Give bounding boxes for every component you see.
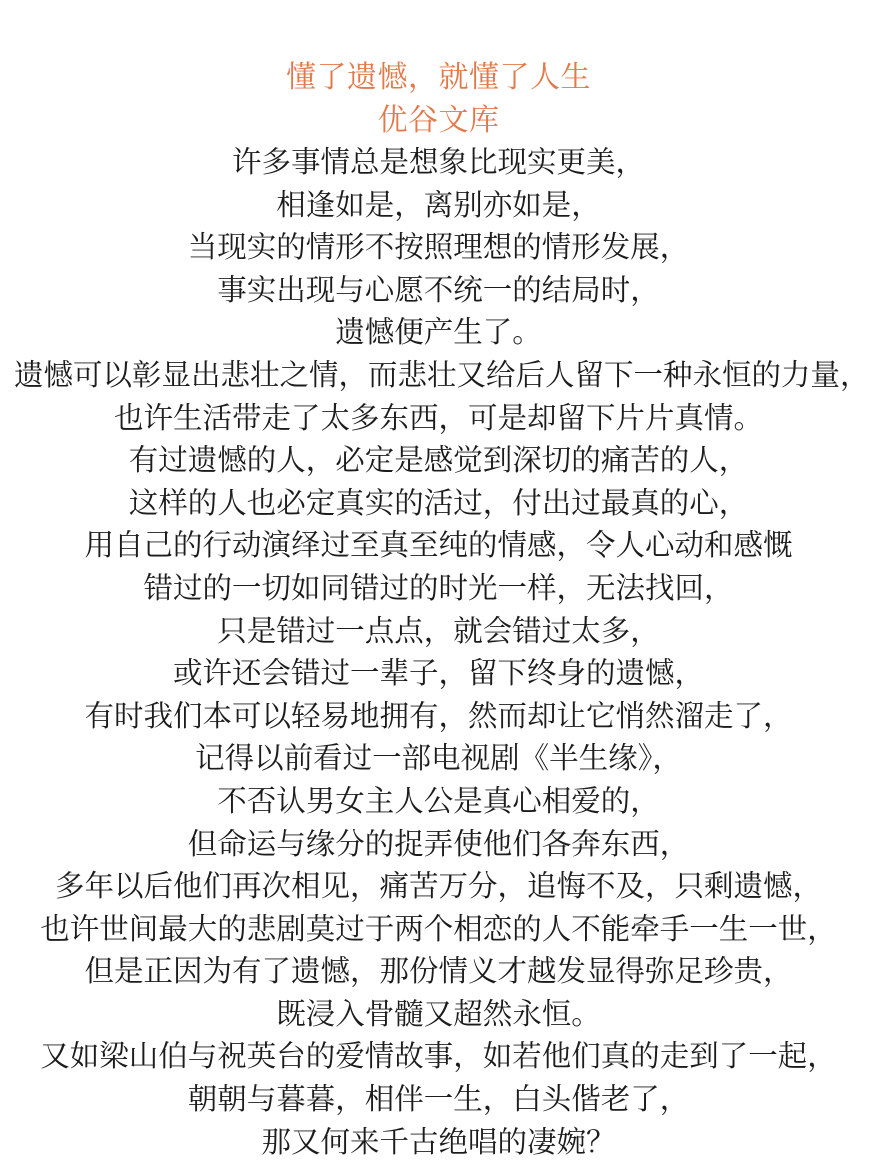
text-line: 也许生活带走了太多东西，可是却留下片片真情。	[14, 398, 863, 441]
text-line: 有过遗憾的人，必定是感觉到深切的痛苦的人，	[14, 440, 863, 483]
document-page: 懂了遗憾，就懂了人生 优谷文库 许多事情总是想象比现实更美，相逢如是，离别亦如是…	[0, 0, 877, 1167]
text-line: 遗憾可以彰显出悲壮之情，而悲壮又给后人留下一种永恒的力量，	[14, 355, 863, 398]
text-line: 但命运与缘分的捉弄使他们各奔东西，	[14, 824, 863, 867]
text-line: 遗憾便产生了。	[14, 312, 863, 355]
text-line: 但是正因为有了遗憾，那份情义才越发显得弥足珍贵，	[14, 951, 863, 994]
page-title: 懂了遗憾，就懂了人生	[14, 57, 863, 100]
text-line: 许多事情总是想象比现实更美，	[14, 142, 863, 185]
page-subtitle: 优谷文库	[14, 100, 863, 143]
text-line: 用自己的行动演绎过至真至纯的情感，令人心动和感慨	[14, 525, 863, 568]
text-line: 当现实的情形不按照理想的情形发展，	[14, 227, 863, 270]
text-line: 不否认男女主人公是真心相爱的，	[14, 781, 863, 824]
text-line: 相逢如是，离别亦如是，	[14, 185, 863, 228]
text-line: 多年以后他们再次相见，痛苦万分，追悔不及，只剩遗憾，	[14, 866, 863, 909]
text-line: 这样的人也必定真实的活过，付出过最真的心，	[14, 483, 863, 526]
text-line: 只是错过一点点，就会错过太多，	[14, 611, 863, 654]
text-line: 那又何来千古绝唱的凄婉？	[14, 1122, 863, 1165]
body-text: 许多事情总是想象比现实更美，相逢如是，离别亦如是，当现实的情形不按照理想的情形发…	[14, 142, 863, 1164]
text-line: 有时我们本可以轻易地拥有，然而却让它悄然溜走了，	[14, 696, 863, 739]
text-line: 或许还会错过一辈子，留下终身的遗憾，	[14, 653, 863, 696]
text-line: 朝朝与暮暮，相伴一生，白头偕老了，	[14, 1079, 863, 1122]
text-line: 也许世间最大的悲剧莫过于两个相恋的人不能牵手一生一世，	[14, 909, 863, 952]
text-line: 事实出现与心愿不统一的结局时，	[14, 270, 863, 313]
text-line: 记得以前看过一部电视剧《半生缘》，	[14, 738, 863, 781]
text-line: 既浸入骨髓又超然永恒。	[14, 994, 863, 1037]
text-line: 又如梁山伯与祝英台的爱情故事，如若他们真的走到了一起，	[14, 1036, 863, 1079]
text-line: 错过的一切如同错过的时光一样，无法找回，	[14, 568, 863, 611]
